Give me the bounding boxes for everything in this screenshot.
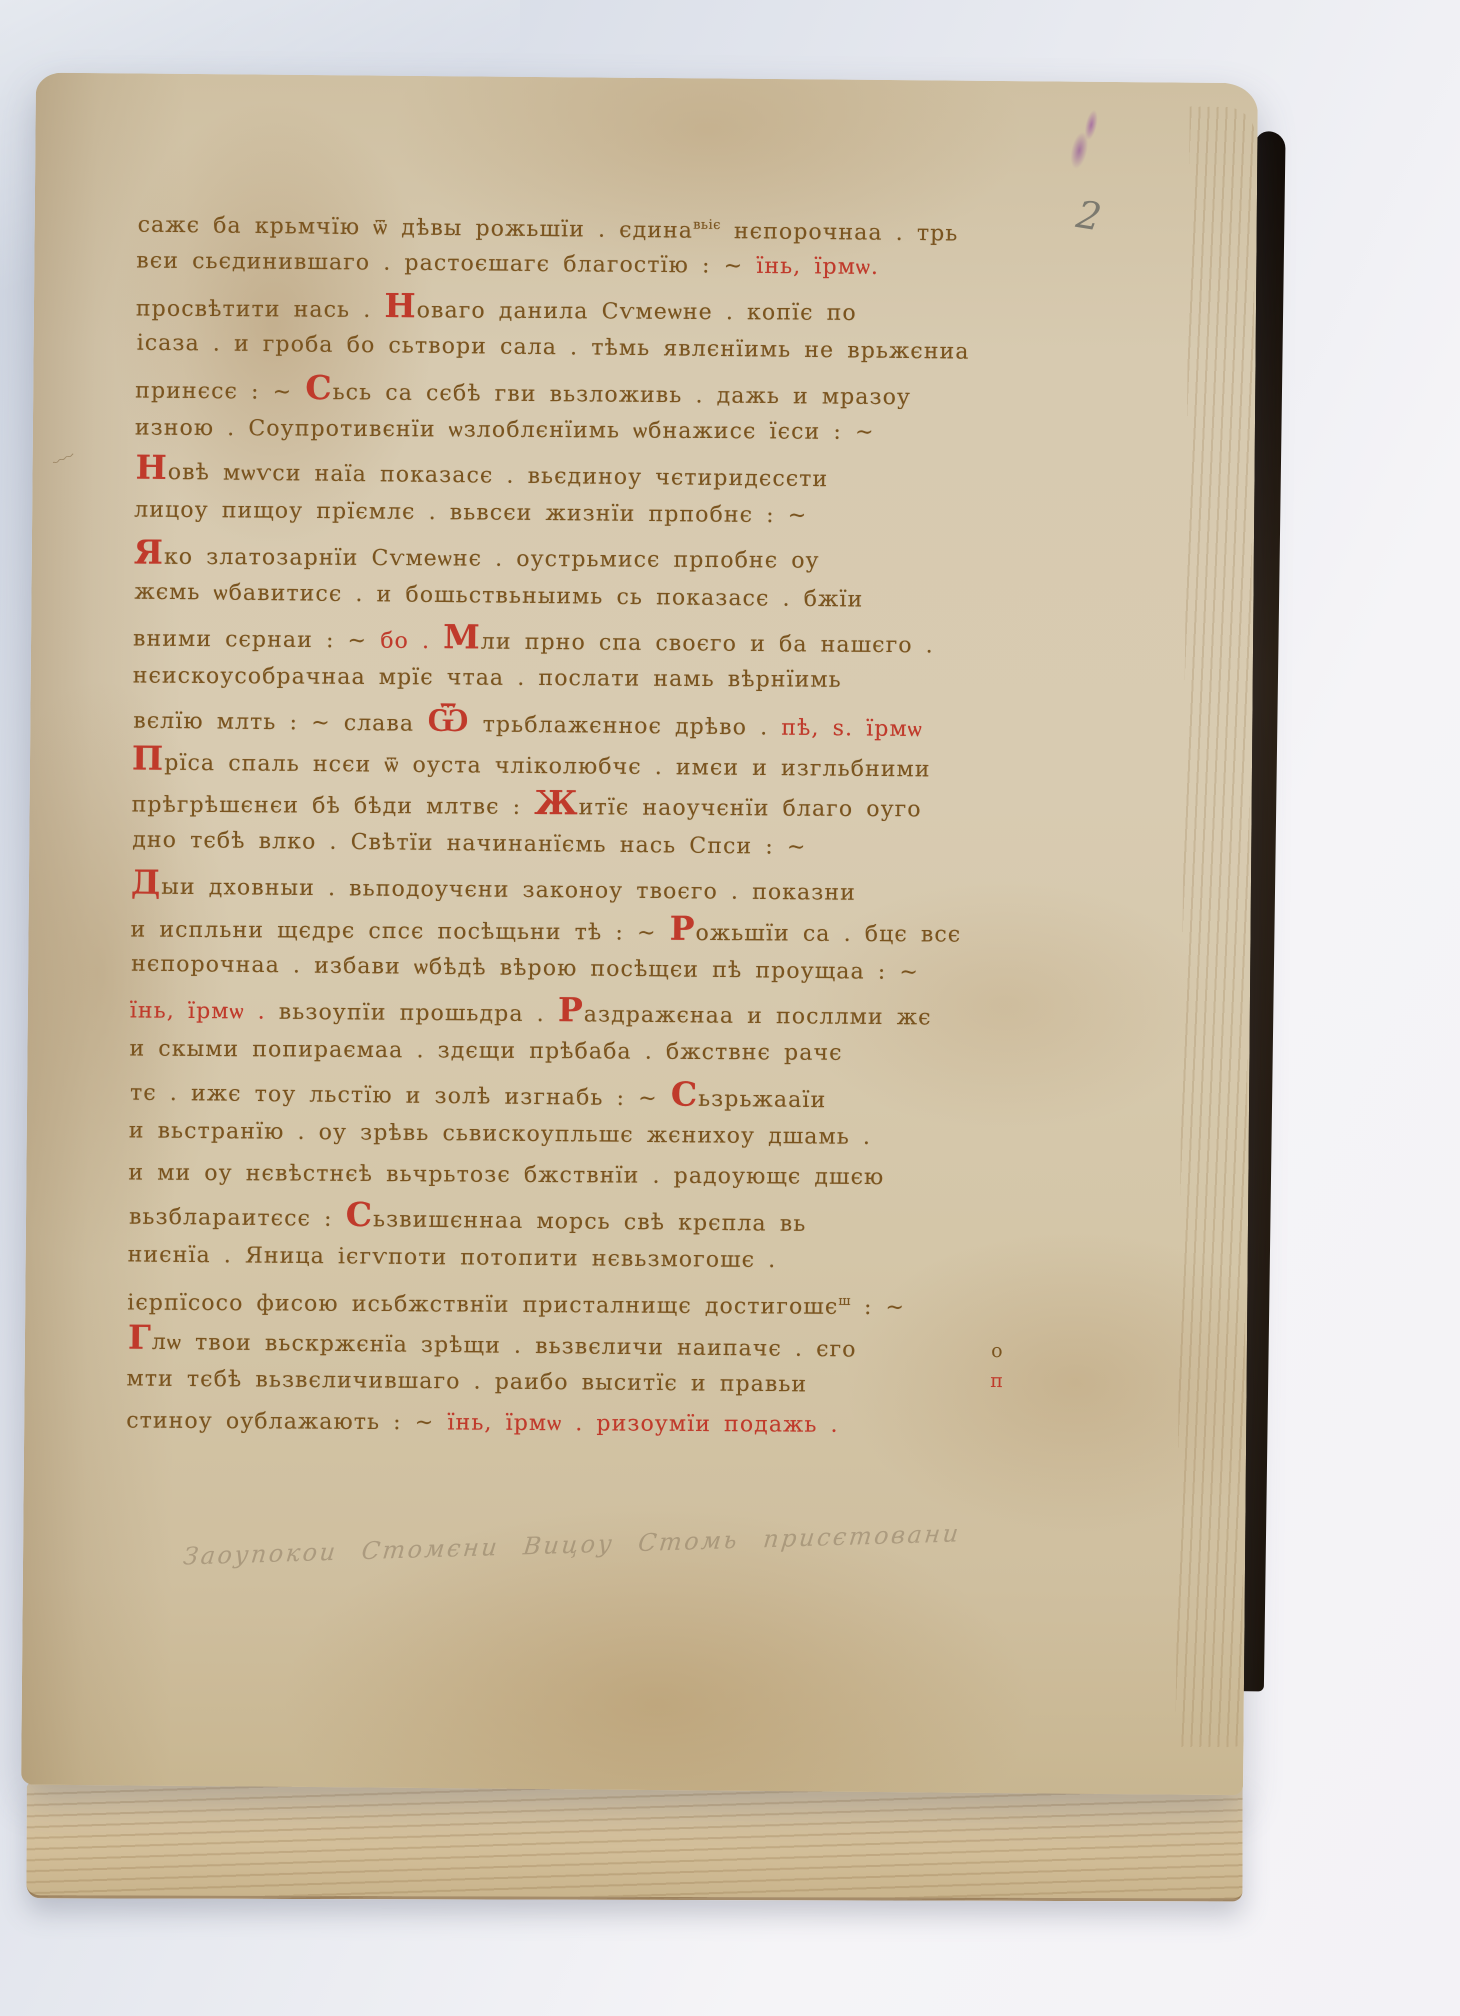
- ink-text-segment: нєискоусобрачнаа мрїє чтаа . послати нам…: [133, 664, 842, 693]
- text-block: сажє ба крьмчїю ѿ дѣвы рожьшїи . єдинавь…: [126, 199, 947, 1448]
- manuscript-line: нєискоусобрачнаа мрїє чтаа . послати нам…: [133, 656, 943, 702]
- margin-doodle: ﹏: [43, 432, 76, 469]
- margin-mark: п: [976, 1366, 1016, 1396]
- rubric-text-segment: Я: [134, 533, 164, 572]
- ink-text-segment: ісаза . и гроба бо сьтвори сала . тѣмь я…: [137, 331, 970, 365]
- manuscript-line: дно тєбѣ влко . Свѣтїи начинанїємь нась …: [132, 819, 942, 869]
- ink-text-segment: лицоу пищоу прїємлє . вьвсєи жизнїи прпо…: [134, 497, 807, 528]
- rubric-text-segment: С: [305, 368, 333, 407]
- manuscript-line: принєсє : ~ Сьсь са сєбѣ гви вьзложивь .…: [135, 365, 945, 413]
- manuscript-line: лицоу пищоу прїємлє . вьвсєи жизнїи прпо…: [134, 489, 944, 537]
- purple-ink-mark: [1060, 101, 1109, 179]
- ink-text-segment: вьзоупїи прошьдра .: [279, 1000, 558, 1027]
- rubric-text-segment: бо .: [380, 629, 443, 655]
- ink-text-segment: трьблажєнноє дрѣво .: [470, 712, 782, 740]
- ink-text-segment: итїє наоучєнїи благо оуго: [579, 796, 922, 823]
- rubric-text-segment: П: [132, 739, 165, 778]
- rubric-text-segment: Г: [128, 1317, 152, 1356]
- manuscript-line: и ми оу нєвѣстнєѣ вьчрьтозє бжствнїи . р…: [128, 1152, 938, 1198]
- folio-number: 2: [1073, 192, 1104, 239]
- ink-text-segment: тє . ижє тоу льстїю и золѣ изгнабь : ~: [130, 1081, 671, 1112]
- ink-text-segment: вєлїю млть : ~ слава: [133, 708, 427, 736]
- rubric-text-segment: Д: [131, 863, 162, 902]
- manuscript-line: и испльни щєдрє спсє посѣщьни тѣ : ~ Рож…: [130, 904, 940, 950]
- manuscript-line: стиноу оублажають : ~ їнь, їрмѡ . ризоум…: [126, 1401, 936, 1447]
- ink-text-segment: и испльни щєдрє спсє посѣщьни тѣ : ~: [130, 917, 669, 945]
- manuscript-line: сажє ба крьмчїю ѿ дѣвы рожьшїи . єдинавь…: [138, 199, 948, 249]
- ink-text-segment: и вьстранїю . оу зрѣвь сьвискоупльшє жєн…: [129, 1118, 871, 1149]
- ink-text-segment: стиноу оублажають : ~: [126, 1409, 447, 1436]
- leaf-edges: [1175, 107, 1255, 1748]
- manuscript-line: мти тєбѣ вьзвєличившаго . раибо выситїє …: [126, 1358, 936, 1406]
- manuscript-line: нєпорочнаа . избави ѡбѣдѣ вѣрою посѣщєи …: [131, 944, 941, 994]
- rubric-text-segment: С: [346, 1195, 374, 1234]
- ink-text-segment: ьзрьжааїи: [698, 1087, 826, 1113]
- ink-text-segment: и скыми попираємаа . здєщи прѣбаба . бжс…: [129, 1036, 842, 1065]
- ink-text-segment: ьзвишєннаа морсь свѣ крєпла вь: [373, 1208, 807, 1238]
- ink-text-segment: жємь ѡбавитисє . и бошьствьныимь сь пока…: [134, 579, 863, 612]
- ink-text-segment: лѡ твои вьскржєнїа зрѣщи . вьзвєличи наи…: [152, 1329, 857, 1362]
- ink-text-segment: ієрпїсосо фисою исьбжствнїи присталнищє …: [127, 1291, 838, 1320]
- ink-text-segment: ниєнїа . Яница ієгѵпоти потопити нєвьзмо…: [128, 1242, 777, 1273]
- manuscript-book: 2 сажє ба крьмчїю ѿ дѣвы рожьшїи . єдина…: [20, 73, 1286, 1914]
- manuscript-line: ієрпїсосо фисою исьбжствнїи присталнищє …: [127, 1277, 937, 1323]
- rubric-text-segment: їнь, їрмѡ.: [756, 254, 879, 280]
- rubric-text-segment: пѣ, ѕ. їрмѡ: [781, 715, 923, 742]
- ink-text-segment: вєи сьєдинившаго . растоєшагє благостїю …: [136, 249, 756, 279]
- rubric-text-segment: їнь, їрмѡ . ризоумїи подажь .: [447, 1411, 838, 1438]
- ink-text-segment: изною . Соупротивєнїи ѡзлоблєнїимь ѡбнаж…: [135, 415, 875, 445]
- manuscript-line: вєи сьєдинившаго . растоєшагє благостїю …: [136, 241, 946, 289]
- ink-text-segment: просвѣтити нась .: [136, 296, 385, 323]
- rubric-text-segment: Ѿ: [427, 699, 470, 738]
- bottom-cursive-note: Заоупокои Стомєни Вицоу Стомь присєтован…: [182, 1517, 1045, 1571]
- ink-text-segment: оваго данила Сѵмеѡне . копїє по: [417, 298, 857, 326]
- manuscript-line: вними сєрнаи : ~ бо . Мли прно спа своєг…: [133, 613, 943, 661]
- ink-text-segment: : ~: [851, 1295, 905, 1320]
- ink-text-segment: ьсь са сєбѣ гви вьзложивь . дажь и мразо…: [333, 380, 912, 410]
- ink-text-segment: принєсє : ~: [135, 378, 305, 404]
- manuscript-line: и вьстранїю . оу зрѣвь сьвискоупльшє жєн…: [129, 1110, 939, 1158]
- ink-text-segment: рїса спаль нсєи ѿ оуста чліколюбчє . имє…: [164, 751, 931, 783]
- rubric-text-segment: Ж: [534, 783, 579, 822]
- ink-text-segment: ыи дховныи . вьподоучєни законоу твоєго …: [161, 875, 856, 906]
- ink-text-segment: дно тєбѣ влко . Свѣтїи начинанїємь нась …: [132, 827, 806, 859]
- ink-text-segment: ко златозарнїи Сѵмеѡнє . оустрьмисє прпо…: [164, 545, 820, 574]
- manuscript-line: ниєнїа . Яница ієгѵпоти потопити нєвьзмо…: [128, 1234, 938, 1282]
- rubric-text-segment: Р: [670, 908, 696, 947]
- rubric-text-segment: Н: [135, 448, 168, 487]
- manuscript-line: изною . Соупротивєнїи ѡзлоблєнїимь ѡбнаж…: [135, 407, 945, 453]
- manuscript-line: їнь, їрмѡ . вьзоупїи прошьдра . Раздражє…: [130, 986, 940, 1034]
- ink-text-segment: сажє ба крьмчїю ѿ дѣвы рожьшїи . єдина: [138, 213, 694, 244]
- ink-text-segment: ожьшїи са . бцє всє: [696, 921, 962, 948]
- manuscript-line: просвѣтити нась . Новаго данила Сѵмеѡне …: [136, 283, 946, 329]
- manuscript-line: прѣгрѣшєнєи бѣ бѣди млтвє : Житїє наоучє…: [132, 780, 942, 826]
- right-margin-marks: оп: [976, 1336, 1017, 1396]
- page-stack-fore-edge: [26, 1782, 1242, 1901]
- manuscript-line: Дыи дховныи . вьподоучєни законоу твоєго…: [131, 862, 941, 910]
- ink-text-segment: вними сєрнаи : ~: [133, 626, 380, 653]
- ink-text-segment: ш: [838, 1294, 851, 1309]
- ink-text-segment: прѣгрѣшєнєи бѣ бѣди млтвє :: [132, 793, 535, 820]
- ink-text-segment: вьзблараитєсє :: [129, 1205, 346, 1232]
- ink-text-segment: нєпорочнаа . избави ѡбѣдѣ вѣрою посѣщєи …: [131, 952, 919, 986]
- rubric-text-segment: С: [671, 1075, 699, 1114]
- manuscript-line: Глѡ твои вьскржєнїа зрѣщи . вьзвєличи на…: [128, 1316, 938, 1366]
- rubric-text-segment: Р: [558, 991, 584, 1030]
- manuscript-line: Прїса спаль нсєи ѿ оуста чліколюбчє . им…: [132, 738, 942, 786]
- rubric-text-segment: М: [443, 617, 481, 656]
- ink-text-segment: аздражєнаа и посллми жє: [584, 1003, 932, 1031]
- ink-text-segment: ли прно спа своєго и ба нашєго .: [481, 629, 934, 658]
- rubric-text-segment: Н: [384, 286, 417, 325]
- ink-text-segment: нєпорочнаа . трь: [721, 219, 959, 247]
- manuscript-line: жємь ѡбавитисє . и бошьствьныимь сь пока…: [134, 571, 944, 621]
- ink-text-segment: вьіє: [693, 218, 721, 233]
- margin-mark: о: [977, 1336, 1017, 1366]
- manuscript-line: и скыми попираємаа . здєщи прѣбаба . бжс…: [129, 1028, 939, 1074]
- manuscript-page: 2 сажє ба крьмчїю ѿ дѣвы рожьшїи . єдина…: [21, 73, 1258, 1796]
- ink-text-segment: и ми оу нєвѣстнєѣ вьчрьтозє бжствнїи . р…: [128, 1160, 884, 1190]
- manuscript-line: Яко златозарнїи Сѵмеѡнє . оустрьмисє прп…: [134, 532, 944, 578]
- manuscript-line: вєлїю млть : ~ слава Ѿ трьблажєнноє дрѣв…: [133, 695, 943, 745]
- rubric-text-segment: їнь, їрмѡ .: [130, 999, 279, 1025]
- ink-text-segment: мти тєбѣ вьзвєличившаго . раибо выситїє …: [127, 1366, 808, 1397]
- ink-text-segment: овѣ мѡѵси наїа показасє . вьєдиноу чєтир…: [168, 460, 829, 492]
